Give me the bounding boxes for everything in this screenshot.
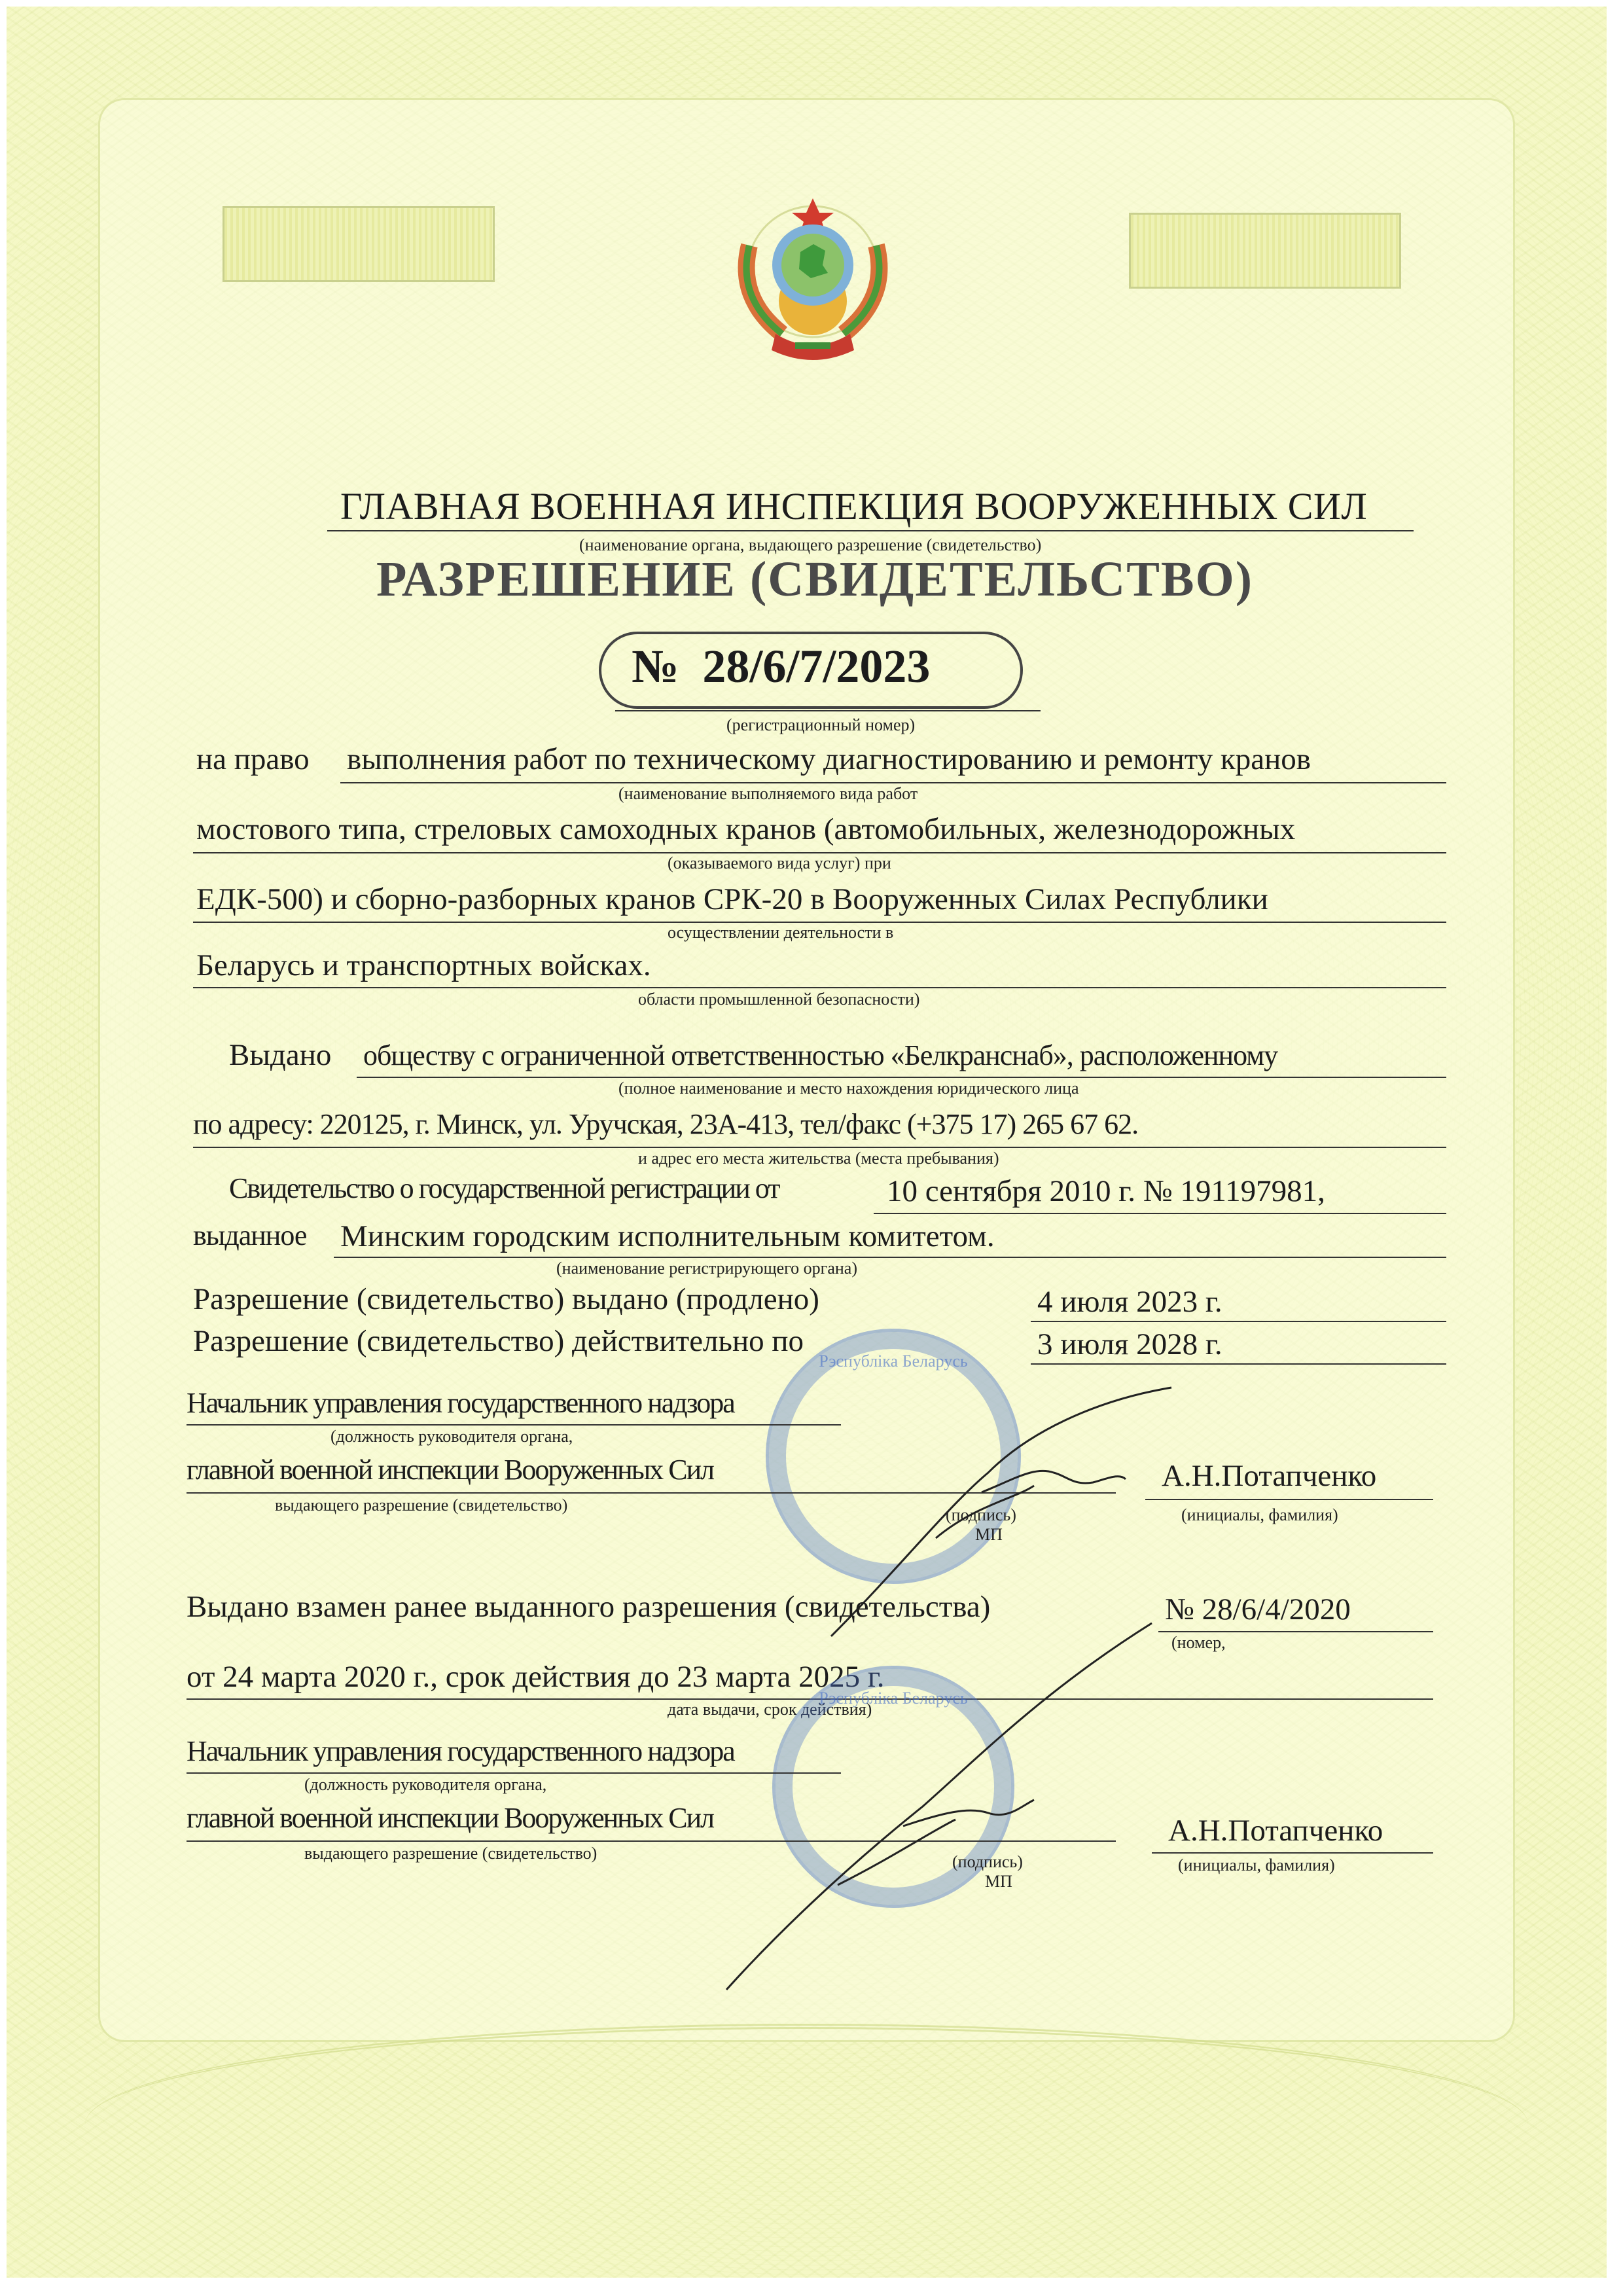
underline: [1145, 1499, 1433, 1500]
sig1-position-hint2: выдающего разрешение (свидетельство): [275, 1496, 567, 1515]
sig1-name: А.Н.Потапченко: [1162, 1458, 1376, 1494]
sig2-name-hint: (инициалы, фамилия): [1178, 1856, 1335, 1875]
underline: [193, 1147, 1446, 1148]
sig2-position-hint1: (должность руководителя органа,: [304, 1775, 546, 1795]
sig2-position-line2: главной военной инспекции Вооруженных Си…: [187, 1801, 713, 1835]
underline: [357, 1077, 1446, 1078]
document-title: РАЗРЕШЕНИЕ (СВИДЕТЕЛЬСТВО): [376, 551, 1253, 608]
sig2-name: А.Н.Потапченко: [1168, 1813, 1383, 1848]
number-value: 28/6/7/2023: [702, 640, 930, 692]
stamp-text: Рэспубліка Беларусь: [769, 1352, 1018, 1371]
issuing-body-underline: [327, 530, 1414, 531]
signature-2-icon: [707, 1610, 1165, 2003]
underline: [1031, 1321, 1446, 1322]
belarus-emblem-icon: [723, 187, 903, 370]
registered-by-value: Минским городским исполнительным комитет…: [340, 1219, 995, 1254]
sig1-name-hint: (инициалы, фамилия): [1181, 1505, 1338, 1525]
right-line-4: Беларусь и транспортных войсках.: [196, 948, 651, 983]
number-sign: №: [632, 640, 679, 692]
underline: [340, 782, 1446, 783]
security-stripe-right: [1129, 213, 1401, 289]
registration-number: № 28/6/7/2023: [632, 639, 930, 694]
underline: [334, 1257, 1446, 1258]
right-line-2: мостового типа, стреловых самоходных кра…: [196, 812, 1295, 847]
right-hint-4: области промышленной безопасности): [638, 990, 919, 1009]
right-hint-2: (оказываемого вида услуг) при: [668, 853, 891, 873]
registered-by-label: выданное: [193, 1219, 306, 1252]
underline: [1152, 1852, 1433, 1854]
issued-date: 4 июля 2023 г.: [1037, 1284, 1222, 1319]
number-hint: (регистрационный номер): [726, 715, 915, 735]
underline: [187, 1424, 841, 1426]
number-underline: [615, 710, 1041, 711]
right-hint-1: (наименование выполняемого вида работ: [618, 784, 918, 804]
underline: [874, 1213, 1446, 1214]
issued-to-line-1: обществу с ограниченной ответственностью…: [363, 1039, 1277, 1072]
sig2-position-line1: Начальник управления государственного на…: [187, 1734, 734, 1768]
issued-date-label: Разрешение (свидетельство) выдано (продл…: [193, 1282, 819, 1317]
sig1-position-line2: главной военной инспекции Вооруженных Си…: [187, 1453, 713, 1486]
registration-label: Свидетельство о государственной регистра…: [229, 1172, 779, 1205]
right-label: на право: [196, 742, 310, 777]
issuing-body: ГЛАВНАЯ ВОЕННАЯ ИНСПЕКЦИЯ ВООРУЖЕННЫХ СИ…: [340, 484, 1367, 528]
issued-to-hint-1: (полное наименование и место нахождения …: [618, 1079, 1079, 1098]
registered-by-hint: (наименование регистрирующего органа): [556, 1259, 857, 1278]
sig1-position-line1: Начальник управления государственного на…: [187, 1386, 734, 1420]
decorative-wave: [85, 2024, 1528, 2225]
right-line-1: выполнения работ по техническому диагнос…: [347, 742, 1311, 777]
right-hint-3: осуществлении деятельности в: [668, 923, 893, 942]
underline: [1158, 1631, 1433, 1632]
valid-until: 3 июля 2028 г.: [1037, 1327, 1222, 1362]
sig2-position-hint2: выдающего разрешение (свидетельство): [304, 1844, 597, 1863]
issued-to-hint-2: и адрес его места жительства (места преб…: [638, 1149, 999, 1168]
registration-value: 10 сентября 2010 г. № 191197981,: [887, 1174, 1325, 1209]
issued-to-line-2: по адресу: 220125, г. Минск, ул. Уручска…: [193, 1107, 1138, 1141]
replacement-number: № 28/6/4/2020: [1165, 1592, 1351, 1627]
valid-until-label: Разрешение (свидетельство) действительно…: [193, 1323, 804, 1359]
right-line-3: ЕДК-500) и сборно-разборных кранов СРК-2…: [196, 882, 1268, 917]
underline: [1031, 1363, 1446, 1365]
issued-to-label: Выдано: [229, 1037, 331, 1073]
replacement-number-hint: (номер,: [1171, 1633, 1226, 1653]
security-stripe-left: [223, 206, 495, 282]
underline: [193, 987, 1446, 988]
sig1-position-hint1: (должность руководителя органа,: [330, 1427, 573, 1446]
